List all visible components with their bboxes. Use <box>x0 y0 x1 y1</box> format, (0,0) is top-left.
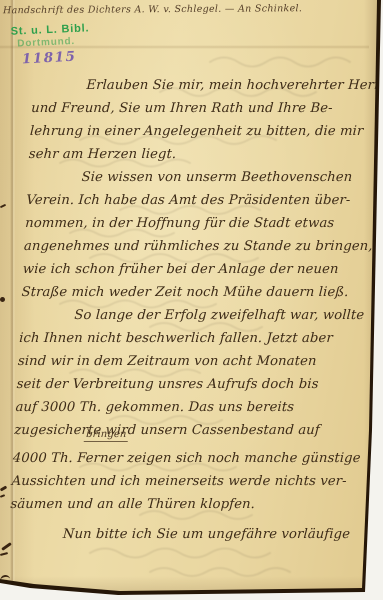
library-stamp: St. u. L. Bibl. Dortmund. <box>11 22 91 49</box>
letter-line: zugesicherte wird unsern Cassenbestand a… <box>14 419 349 442</box>
manuscript-page: Handschrift des Dichters A. W. v. Schleg… <box>0 0 383 600</box>
letter-line: Nun bitte ich Sie um ungefähre vorläufig… <box>8 523 343 546</box>
letter-body: bringen Erlauben Sie mir, mein hochvereh… <box>8 74 367 546</box>
letter-line: auf 3000 Th. gekommen. Das uns bereits <box>15 396 350 419</box>
adjacent-page-ink-mark <box>0 494 5 498</box>
letter-line: So lange der Erfolg zweifelhaft war, wol… <box>20 304 355 327</box>
letter-line: nommen, in der Hoffnung für die Stadt et… <box>25 212 360 235</box>
letter-line: sehr am Herzen liegt. <box>28 143 363 166</box>
adjacent-page-ink-mark <box>0 552 8 556</box>
letter-line: angenehmes und rühmliches zu Stande zu b… <box>23 235 358 258</box>
letter-line: seit der Verbreitung unsres Aufrufs doch… <box>16 373 351 396</box>
letter-line: Aussichten und ich meinerseits werde nic… <box>11 470 346 493</box>
letter-line: sind wir in dem Zeitraum von acht Monate… <box>17 350 352 373</box>
scanner-background: Handschrift des Dichters A. W. v. Schleg… <box>0 0 383 600</box>
letter-line: wie ich schon früher bei der Anlage der … <box>22 258 357 281</box>
letter-line: und Freund, Sie um Ihren Rath und Ihre B… <box>31 97 366 120</box>
letter-line: Verein. Ich habe das Amt des Präsidenten… <box>26 189 361 212</box>
letter-line: Sie wissen von unserm Beethovenschen <box>27 166 362 189</box>
letter-line: lehrung in einer Angelegenheit zu bitten… <box>29 120 364 143</box>
letter-line: Straße mich weder Zeit noch Mühe dauern … <box>21 281 356 304</box>
adjacent-page-ink-mark <box>0 297 5 302</box>
accession-number: 11815 <box>22 49 77 68</box>
archival-header-note: Handschrift des Dichters A. W. v. Schleg… <box>3 2 363 18</box>
inserted-word: bringen <box>84 430 129 442</box>
letter-line: säumen und an alle Thüren klopfen. <box>10 493 345 516</box>
adjacent-page-ink-mark <box>0 485 7 491</box>
letter-line: ich Ihnen nicht beschwerlich fallen. Jet… <box>19 327 354 350</box>
letter-line: Erlauben Sie mir, mein hochverehrter Her… <box>32 74 367 97</box>
letter-line: 4000 Th. Ferner zeigen sich noch manche … <box>12 447 347 470</box>
library-stamp-line2: Dortmund. <box>17 35 90 49</box>
adjacent-page-ink-mark <box>0 204 6 208</box>
